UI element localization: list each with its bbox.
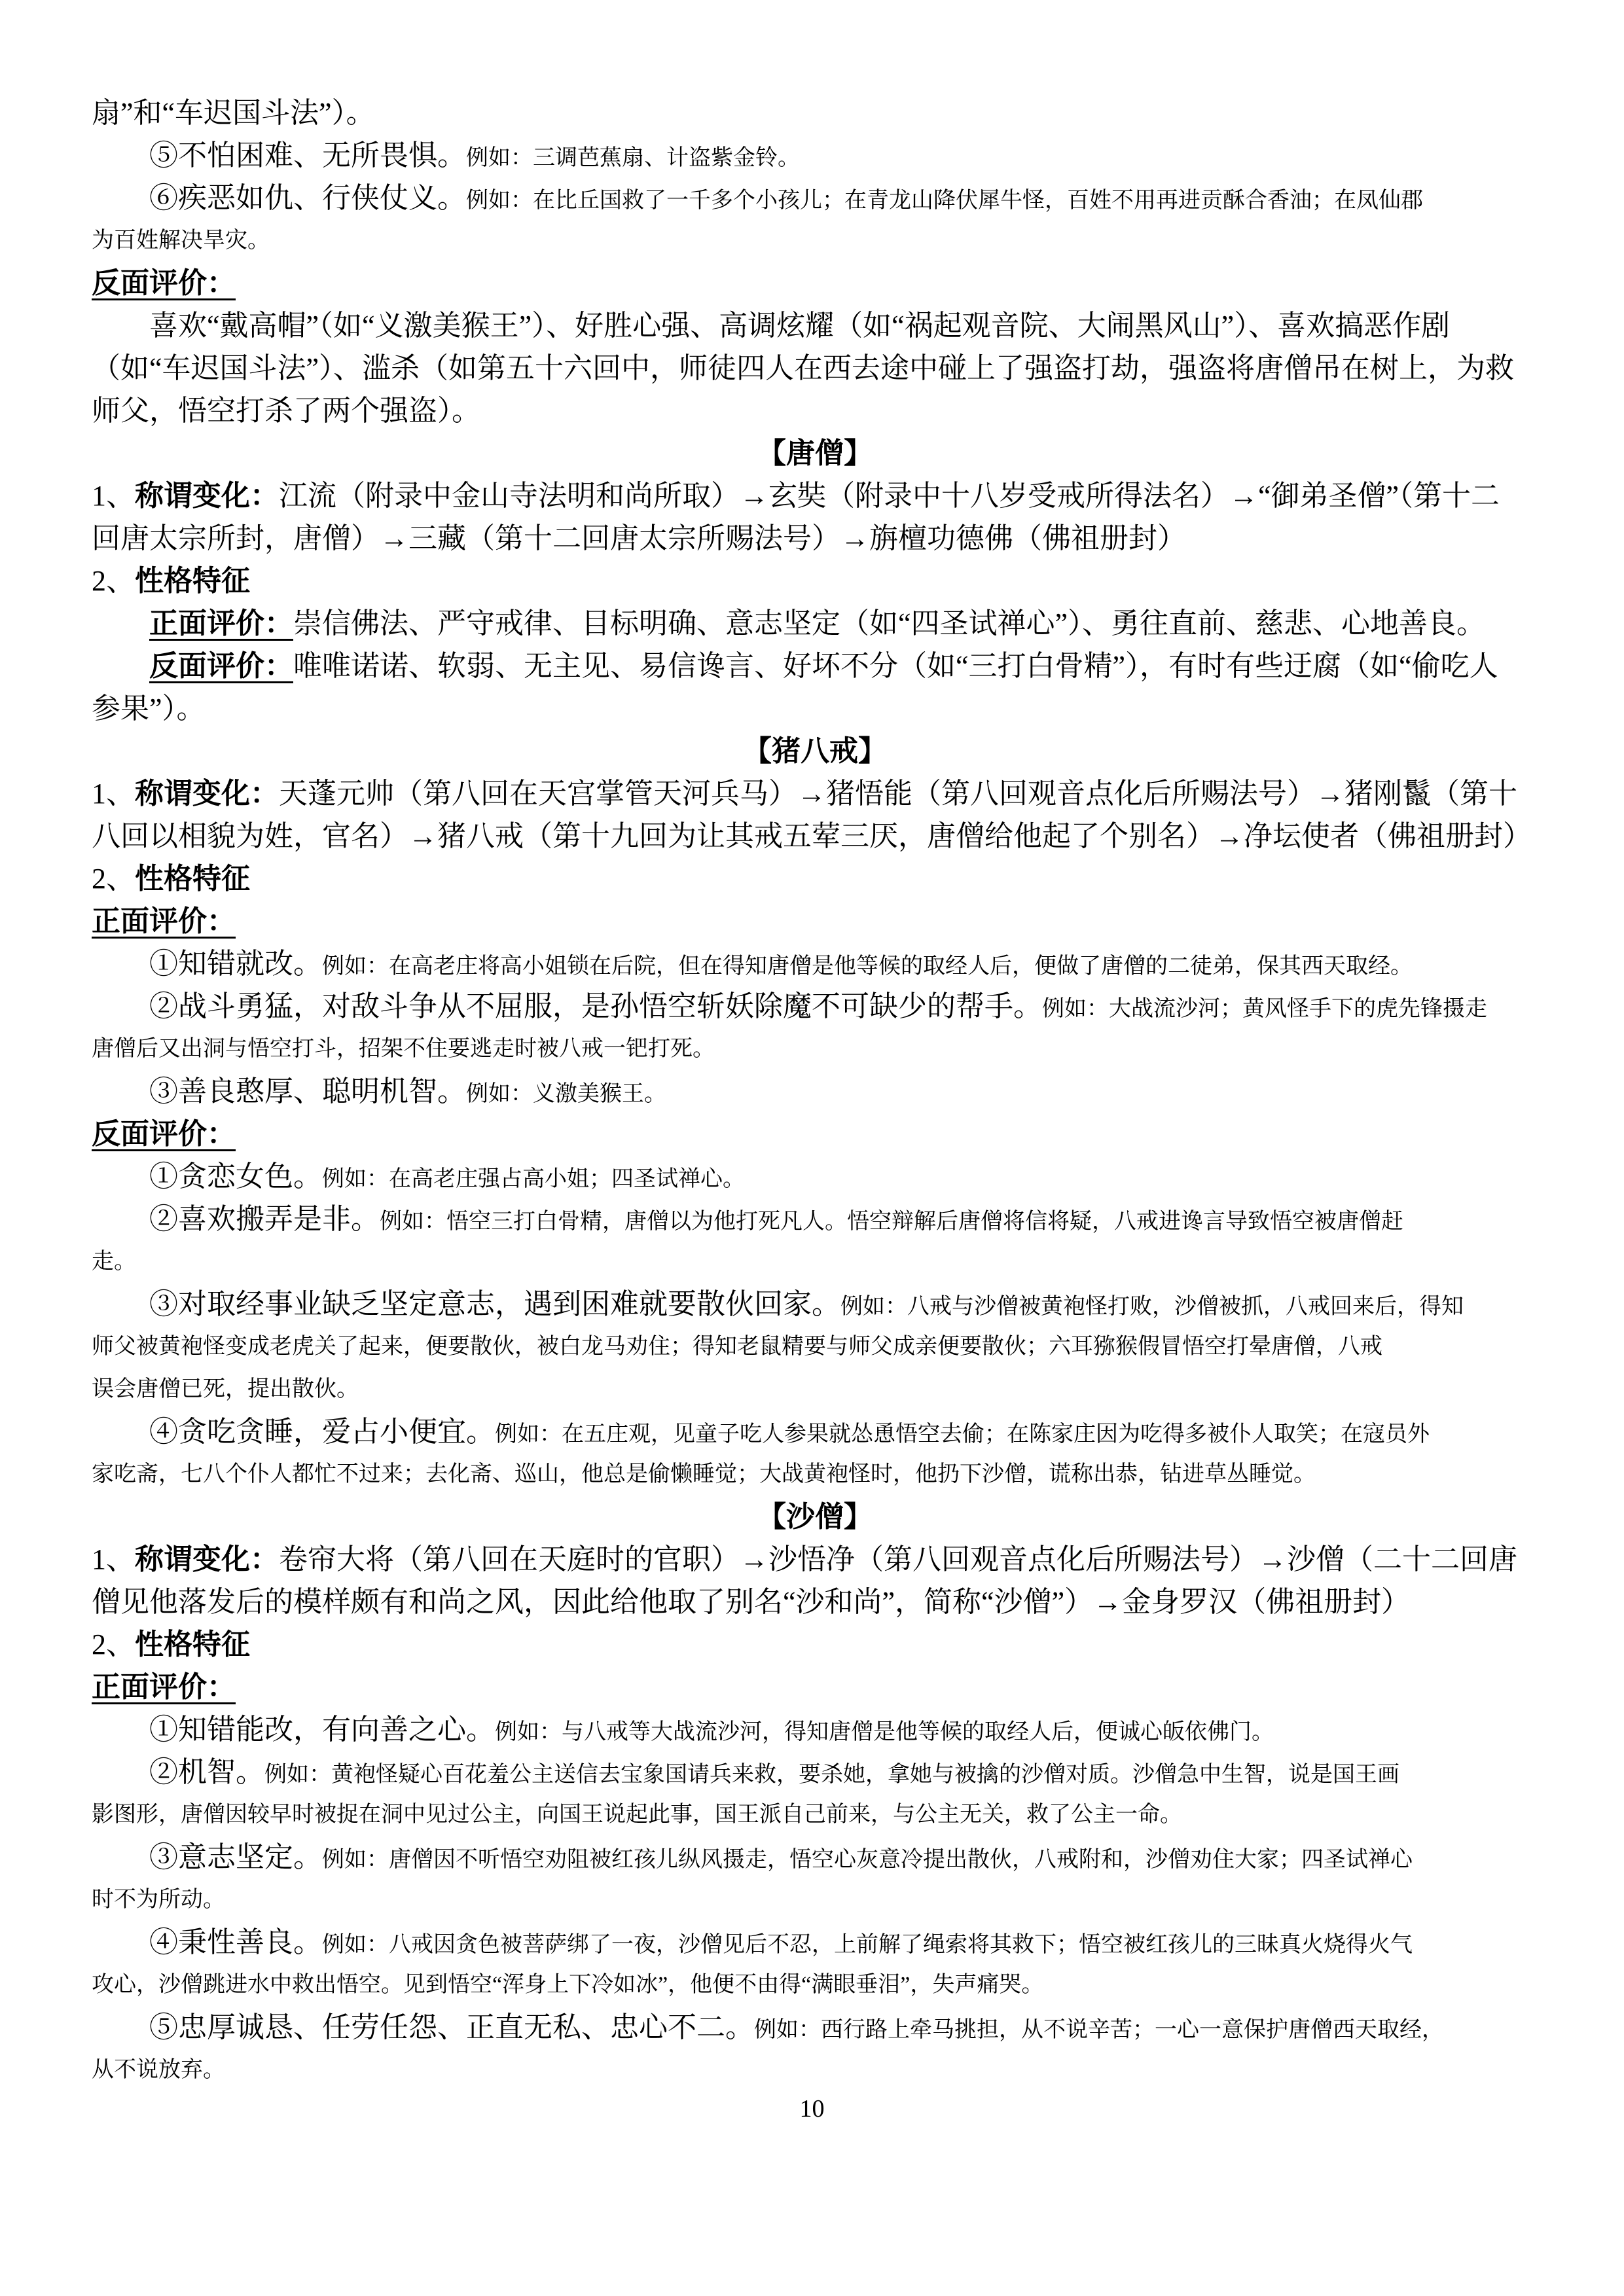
text-line: 误会唐僧已死，提出散伙。 bbox=[92, 1368, 1538, 1410]
text-run: 师父被黄袍怪变成老虎关了起来，便要散伙，被白龙马劝住；得知老鼠精要与师父成亲便要… bbox=[92, 1335, 1382, 1359]
text-line: 1、称谓变化：卷帘大将（第八回在天庭时的官职）→沙悟净（第八回观音点化后所赐法号… bbox=[92, 1538, 1538, 1581]
text-run: ②喜欢搬弄是非。 bbox=[149, 1203, 380, 1235]
page-content: 扇”和“车迟国斗法”）。⑤不怕困难、无所畏惧。例如：三调芭蕉扇、计盗紫金铃。⑥疾… bbox=[92, 92, 1538, 2091]
page-number: 10 bbox=[0, 2094, 1624, 2123]
evaluation-label: 正面评价： bbox=[149, 607, 293, 639]
text-line: 参果”）。 bbox=[92, 687, 1538, 730]
text-run: 家吃斋，七八个仆人都忙不过来；去化斋、巡山，他总是偷懒睡觉；大战黄袍怪时，他扔下… bbox=[92, 1462, 1316, 1486]
text-line: 家吃斋，七八个仆人都忙不过来；去化斋、巡山，他总是偷懒睡觉；大战黄袍怪时，他扔下… bbox=[92, 1453, 1538, 1496]
text-run: 从不说放弃。 bbox=[92, 2058, 225, 2082]
text-run: 卷帘大将（第八回在天庭时的官职）→沙悟净（第八回观音点化后所赐法号）→沙僧（二十… bbox=[279, 1543, 1517, 1575]
text-run: （如“车迟国斗法”）、滥杀（如第五十六回中，师徒四人在西去途中碰上了强盗打劫，强… bbox=[92, 352, 1514, 384]
text-run: 例如：唐僧因不听悟空劝阻被红孩儿纵风摄走，悟空心灰意冷提出散伙，八戒附和，沙僧劝… bbox=[322, 1848, 1413, 1872]
text-run: ③意志坚定。 bbox=[149, 1841, 322, 1873]
text-run: ③善良憨厚、聪明机智。 bbox=[149, 1075, 466, 1107]
text-run: 时不为所动。 bbox=[92, 1888, 225, 1912]
text-run: 师父，悟空打杀了两个强盗）。 bbox=[92, 395, 480, 427]
text-line: ②战斗勇猛，对敌斗争从不屈服，是孙悟空斩妖除魔不可缺少的帮手。例如：大战流沙河；… bbox=[92, 985, 1538, 1028]
text-run: ⑤忠厚诚恳、任劳任怨、正直无私、忠心不二。 bbox=[149, 2011, 754, 2043]
text-line: 正面评价：崇信佛法、严守戒律、目标明确、意志坚定（如“四圣试禅心”）、勇往直前、… bbox=[92, 602, 1538, 645]
evaluation-label: 反面评价： bbox=[92, 267, 236, 299]
text-line: 八回以相貌为姓，官名）→猪八戒（第十九回为让其戒五荤三厌，唐僧给他起了个别名）→… bbox=[92, 815, 1538, 857]
text-run: 例如：八戒与沙僧被黄袍怪打败，沙僧被抓，八戒回来后，得知 bbox=[840, 1295, 1464, 1319]
text-run: 1、 bbox=[92, 778, 135, 810]
evaluation-label: 正面评价： bbox=[92, 1671, 236, 1703]
text-line: 为百姓解决旱灾。 bbox=[92, 219, 1538, 262]
text-line: 反面评价：唯唯诺诺、软弱、无主见、易信谗言、好坏不分（如“三打白骨精”），有时有… bbox=[92, 645, 1538, 687]
text-run: 性格特征 bbox=[135, 565, 250, 597]
text-run: 例如：与八戒等大战流沙河，得知唐僧是他等候的取经人后，便诚心皈依佛门。 bbox=[495, 1720, 1274, 1744]
text-run: 扇”和“车迟国斗法”）。 bbox=[92, 97, 375, 129]
text-line: （如“车迟国斗法”）、滥杀（如第五十六回中，师徒四人在西去途中碰上了强盗打劫，强… bbox=[92, 347, 1538, 389]
text-run: 走。 bbox=[92, 1249, 136, 1274]
text-line: 2、性格特征 bbox=[92, 857, 1538, 900]
text-run: ③对取经事业缺乏坚定意志，遇到困难就要散伙回家。 bbox=[149, 1288, 840, 1320]
text-run: 影图形，唐僧因较早时被捉在洞中见过公主，向国王说起此事，国王派自己前来，与公主无… bbox=[92, 1803, 1182, 1827]
text-line: 影图形，唐僧因较早时被捉在洞中见过公主，向国王说起此事，国王派自己前来，与公主无… bbox=[92, 1793, 1538, 1836]
text-run: 例如：在五庄观，见童子吃人参果就怂恿悟空去偷；在陈家庄因为吃得多被仆人取笑；在寇… bbox=[495, 1422, 1430, 1446]
text-run: ①知错能改，有向善之心。 bbox=[149, 1713, 495, 1746]
evaluation-label: 反面评价： bbox=[92, 1118, 236, 1150]
text-run: 唯唯诺诺、软弱、无主见、易信谗言、好坏不分（如“三打白骨精”），有时有些迂腐（如… bbox=[293, 650, 1498, 682]
text-run: 喜欢“戴高帽”（如“义激美猴王”）、好胜心强、高调炫耀（如“祸起观音院、大闹黑风… bbox=[149, 310, 1450, 342]
text-run: ④秉性善良。 bbox=[149, 1926, 322, 1958]
text-line: 反面评价： bbox=[92, 262, 1538, 304]
text-run: 例如：在高老庄将高小姐锁在后院，但在得知唐僧是他等候的取经人后，便做了唐僧的二徒… bbox=[322, 954, 1413, 978]
text-run: 例如：义激美猴王。 bbox=[466, 1082, 666, 1106]
text-line: 从不说放弃。 bbox=[92, 2049, 1538, 2091]
text-line: ①知错能改，有向善之心。例如：与八戒等大战流沙河，得知唐僧是他等候的取经人后，便… bbox=[92, 1708, 1538, 1751]
text-run: 1、 bbox=[92, 480, 135, 512]
text-run: 八回以相貌为姓，官名）→猪八戒（第十九回为让其戒五荤三厌，唐僧给他起了个别名）→… bbox=[92, 820, 1532, 852]
document-page: 扇”和“车迟国斗法”）。⑤不怕困难、无所畏惧。例如：三调芭蕉扇、计盗紫金铃。⑥疾… bbox=[0, 0, 1624, 2296]
section-heading: 【猪八戒】 bbox=[92, 730, 1538, 772]
text-line: 1、称谓变化：江流（附录中金山寺法明和尚所取）→玄奘（附录中十八岁受戒所得法名）… bbox=[92, 475, 1538, 517]
text-line: ⑤忠厚诚恳、任劳任怨、正直无私、忠心不二。例如：西行路上牵马挑担，从不说辛苦；一… bbox=[92, 2006, 1538, 2049]
text-run: 例如：八戒因贪色被菩萨绑了一夜，沙僧见后不忍，上前解了绳索将其救下；悟空被红孩儿… bbox=[322, 1933, 1413, 1957]
evaluation-label: 正面评价： bbox=[92, 905, 236, 937]
text-line: ③善良憨厚、聪明机智。例如：义激美猴王。 bbox=[92, 1070, 1538, 1113]
text-run: 为百姓解决旱灾。 bbox=[92, 228, 270, 253]
text-run: 崇信佛法、严守戒律、目标明确、意志坚定（如“四圣试禅心”）、勇往直前、慈悲、心地… bbox=[293, 607, 1485, 639]
text-line: 僧见他落发后的模样颇有和尚之风，因此给他取了别名“沙和尚”，简称“沙僧”）→金身… bbox=[92, 1581, 1538, 1623]
text-line: 时不为所动。 bbox=[92, 1878, 1538, 1921]
text-line: 2、性格特征 bbox=[92, 1623, 1538, 1666]
text-run: ②机智。 bbox=[149, 1756, 264, 1788]
text-run: 2、 bbox=[92, 1628, 135, 1660]
text-run: 性格特征 bbox=[135, 863, 250, 895]
text-line: 师父，悟空打杀了两个强盗）。 bbox=[92, 389, 1538, 432]
text-line: ③对取经事业缺乏坚定意志，遇到困难就要散伙回家。例如：八戒与沙僧被黄袍怪打败，沙… bbox=[92, 1283, 1538, 1325]
text-run: 回唐太宗所封，唐僧）→三藏（第十二回唐太宗所赐法号）→旃檀功德佛（佛祖册封） bbox=[92, 522, 1186, 554]
text-run: 参果”）。 bbox=[92, 692, 206, 725]
text-line: 2、性格特征 bbox=[92, 560, 1538, 602]
text-run: ⑤不怕困难、无所畏惧。 bbox=[149, 139, 466, 171]
text-line: ④秉性善良。例如：八戒因贪色被菩萨绑了一夜，沙僧见后不忍，上前解了绳索将其救下；… bbox=[92, 1921, 1538, 1964]
text-run: 误会唐僧已死，提出散伙。 bbox=[92, 1377, 359, 1401]
text-line: ①知错就改。例如：在高老庄将高小姐锁在后院，但在得知唐僧是他等候的取经人后，便做… bbox=[92, 942, 1538, 985]
section-heading: 【唐僧】 bbox=[92, 432, 1538, 475]
text-line: ②机智。例如：黄袍怪疑心百花羞公主送信去宝象国请兵来救，要杀她，拿她与被擒的沙僧… bbox=[92, 1751, 1538, 1793]
text-line: 回唐太宗所封，唐僧）→三藏（第十二回唐太宗所赐法号）→旃檀功德佛（佛祖册封） bbox=[92, 517, 1538, 560]
text-line: 喜欢“戴高帽”（如“义激美猴王”）、好胜心强、高调炫耀（如“祸起观音院、大闹黑风… bbox=[92, 304, 1538, 347]
text-run: 攻心，沙僧跳进水中救出悟空。见到悟空“浑身上下冷如冰”，他便不由得“满眼垂泪”，… bbox=[92, 1973, 1043, 1997]
text-run: 称谓变化： bbox=[135, 778, 279, 810]
text-run: 例如：三调芭蕉扇、计盗紫金铃。 bbox=[466, 146, 800, 170]
text-line: 正面评价： bbox=[92, 900, 1538, 942]
text-run: 称谓变化： bbox=[135, 480, 279, 512]
text-run: 唐僧后又出洞与悟空打斗，招架不住要逃走时被八戒一钯打死。 bbox=[92, 1037, 715, 1061]
text-line: 正面评价： bbox=[92, 1666, 1538, 1708]
text-run: 僧见他落发后的模样颇有和尚之风，因此给他取了别名“沙和尚”，简称“沙僧”）→金身… bbox=[92, 1586, 1410, 1618]
text-run: 天蓬元帅（第八回在天宫掌管天河兵马）→猪悟能（第八回观音点化后所赐法号）→猪刚鬣… bbox=[279, 778, 1517, 810]
text-run: 例如：西行路上牵马挑担，从不说辛苦；一心一意保护唐僧西天取经， bbox=[754, 2018, 1444, 2042]
text-run: 例如：悟空三打白骨精，唐僧以为他打死凡人。悟空辩解后唐僧将信将疑，八戒进谗言导致… bbox=[380, 1210, 1403, 1234]
text-run: ①贪恋女色。 bbox=[149, 1160, 322, 1193]
text-line: ①贪恋女色。例如：在高老庄强占高小姐；四圣试禅心。 bbox=[92, 1155, 1538, 1198]
text-line: ③意志坚定。例如：唐僧因不听悟空劝阻被红孩儿纵风摄走，悟空心灰意冷提出散伙，八戒… bbox=[92, 1836, 1538, 1878]
text-run: ④贪吃贪睡，爱占小便宜。 bbox=[149, 1416, 495, 1448]
text-run: 例如：黄袍怪疑心百花羞公主送信去宝象国请兵来救，要杀她，拿她与被擒的沙僧对质。沙… bbox=[264, 1763, 1399, 1787]
text-run: 1、 bbox=[92, 1543, 135, 1575]
text-line: 反面评价： bbox=[92, 1113, 1538, 1155]
text-run: 2、 bbox=[92, 863, 135, 895]
text-line: 攻心，沙僧跳进水中救出悟空。见到悟空“浑身上下冷如冰”，他便不由得“满眼垂泪”，… bbox=[92, 1964, 1538, 2006]
text-run: 江流（附录中金山寺法明和尚所取）→玄奘（附录中十八岁受戒所得法名）→“御弟圣僧”… bbox=[279, 480, 1500, 512]
text-run: 2、 bbox=[92, 565, 135, 597]
text-run: 例如：在比丘国救了一千多个小孩儿；在青龙山降伏犀牛怪，百姓不用再进贡酥合香油；在… bbox=[466, 188, 1423, 213]
text-line: ②喜欢搬弄是非。例如：悟空三打白骨精，唐僧以为他打死凡人。悟空辩解后唐僧将信将疑… bbox=[92, 1198, 1538, 1240]
text-run: 例如：大战流沙河；黄风怪手下的虎先锋摄走 bbox=[1042, 997, 1487, 1021]
text-line: 走。 bbox=[92, 1240, 1538, 1283]
text-line: ⑤不怕困难、无所畏惧。例如：三调芭蕉扇、计盗紫金铃。 bbox=[92, 134, 1538, 177]
text-line: 扇”和“车迟国斗法”）。 bbox=[92, 92, 1538, 134]
text-run: 例如：在高老庄强占高小姐；四圣试禅心。 bbox=[322, 1167, 745, 1191]
text-line: 唐僧后又出洞与悟空打斗，招架不住要逃走时被八戒一钯打死。 bbox=[92, 1028, 1538, 1070]
text-run: 性格特征 bbox=[135, 1628, 250, 1660]
text-run: ⑥疾恶如仇、行侠仗义。 bbox=[149, 182, 466, 214]
text-line: ⑥疾恶如仇、行侠仗义。例如：在比丘国救了一千多个小孩儿；在青龙山降伏犀牛怪，百姓… bbox=[92, 177, 1538, 219]
text-run: 称谓变化： bbox=[135, 1543, 279, 1575]
text-line: 师父被黄袍怪变成老虎关了起来，便要散伙，被白龙马劝住；得知老鼠精要与师父成亲便要… bbox=[92, 1325, 1538, 1368]
text-line: ④贪吃贪睡，爱占小便宜。例如：在五庄观，见童子吃人参果就怂恿悟空去偷；在陈家庄因… bbox=[92, 1410, 1538, 1453]
evaluation-label: 反面评价： bbox=[149, 650, 293, 682]
text-run: ①知错就改。 bbox=[149, 948, 322, 980]
section-heading: 【沙僧】 bbox=[92, 1496, 1538, 1538]
text-run: ②战斗勇猛，对敌斗争从不屈服，是孙悟空斩妖除魔不可缺少的帮手。 bbox=[149, 990, 1042, 1022]
text-line: 1、称谓变化：天蓬元帅（第八回在天宫掌管天河兵马）→猪悟能（第八回观音点化后所赐… bbox=[92, 772, 1538, 815]
